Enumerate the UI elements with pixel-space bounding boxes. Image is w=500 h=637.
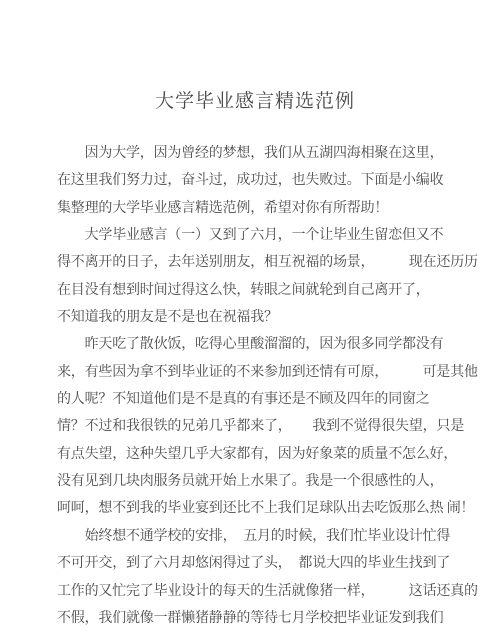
text-line: 集整理的大学毕业感言精选范例，希望对你有所帮助！ (57, 195, 461, 222)
text-line: 情？不过和我很铁的兄弟几乎都来了， 我到不觉得很失望，只是 (57, 413, 461, 440)
text-line: 在这里我们努力过，奋斗过，成功过，也失败过。下面是小编收 (57, 167, 461, 194)
text-line: 不假，我们就像一群懒猪静静的等待七月学校把毕业证发到我们 (57, 605, 461, 632)
text-line: 昨天吃了散伙饭，吃得心里酸溜溜的，因为很多同学都没有 (57, 331, 461, 358)
text-line: 呵呵，想不到我的毕业宴到还比不上我们足球队出去吃饭那么热 闹！ (57, 495, 461, 522)
text-line: 得不离开的日子，去年送别朋友，相互祝福的场景， 现在还历历 (57, 249, 461, 276)
document-body: 因为大学，因为曾经的梦想，我们从五湖四海相聚在这里， 在这里我们努力过，奋斗过，… (57, 140, 461, 632)
document-title: 大学毕业感言精选范例 (57, 86, 453, 113)
text-line: 不可开交，到了六月却悠闲得过了头， 都说大四的毕业生找到了 (57, 550, 461, 577)
text-line: 不知道我的朋友是不是也在祝福我？ (57, 304, 461, 331)
document-page: 大学毕业感言精选范例 因为大学，因为曾经的梦想，我们从五湖四海相聚在这里， 在这… (0, 0, 500, 637)
text-line: 因为大学，因为曾经的梦想，我们从五湖四海相聚在这里， (57, 140, 461, 167)
text-line: 在目没有想到时间过得这么快，转眼之间就轮到自己离开了， (57, 277, 461, 304)
text-line: 有点失望，这种失望几乎大家都有，因为好象菜的质量不怎么好， (57, 441, 461, 468)
text-line: 工作的又忙完了毕业设计的每天的生活就像猪一样， 这话还真的 (57, 578, 461, 605)
text-line: 没有见到几块肉服务员就开始上水果了。我是一个很感性的人， (57, 468, 461, 495)
text-line: 始终想不通学校的安排， 五月的时候，我们忙毕业设计忙得 (57, 523, 461, 550)
text-line: 大学毕业感言（一）又到了六月，一个让毕业生留恋但又不 (57, 222, 461, 249)
text-line: 来，有些因为拿不到毕业证的不来参加到还情有可原， 可是其他 (57, 359, 461, 386)
text-line: 的人呢？不知道他们是不是真的有事还是不顾及四年的同窗之 (57, 386, 461, 413)
